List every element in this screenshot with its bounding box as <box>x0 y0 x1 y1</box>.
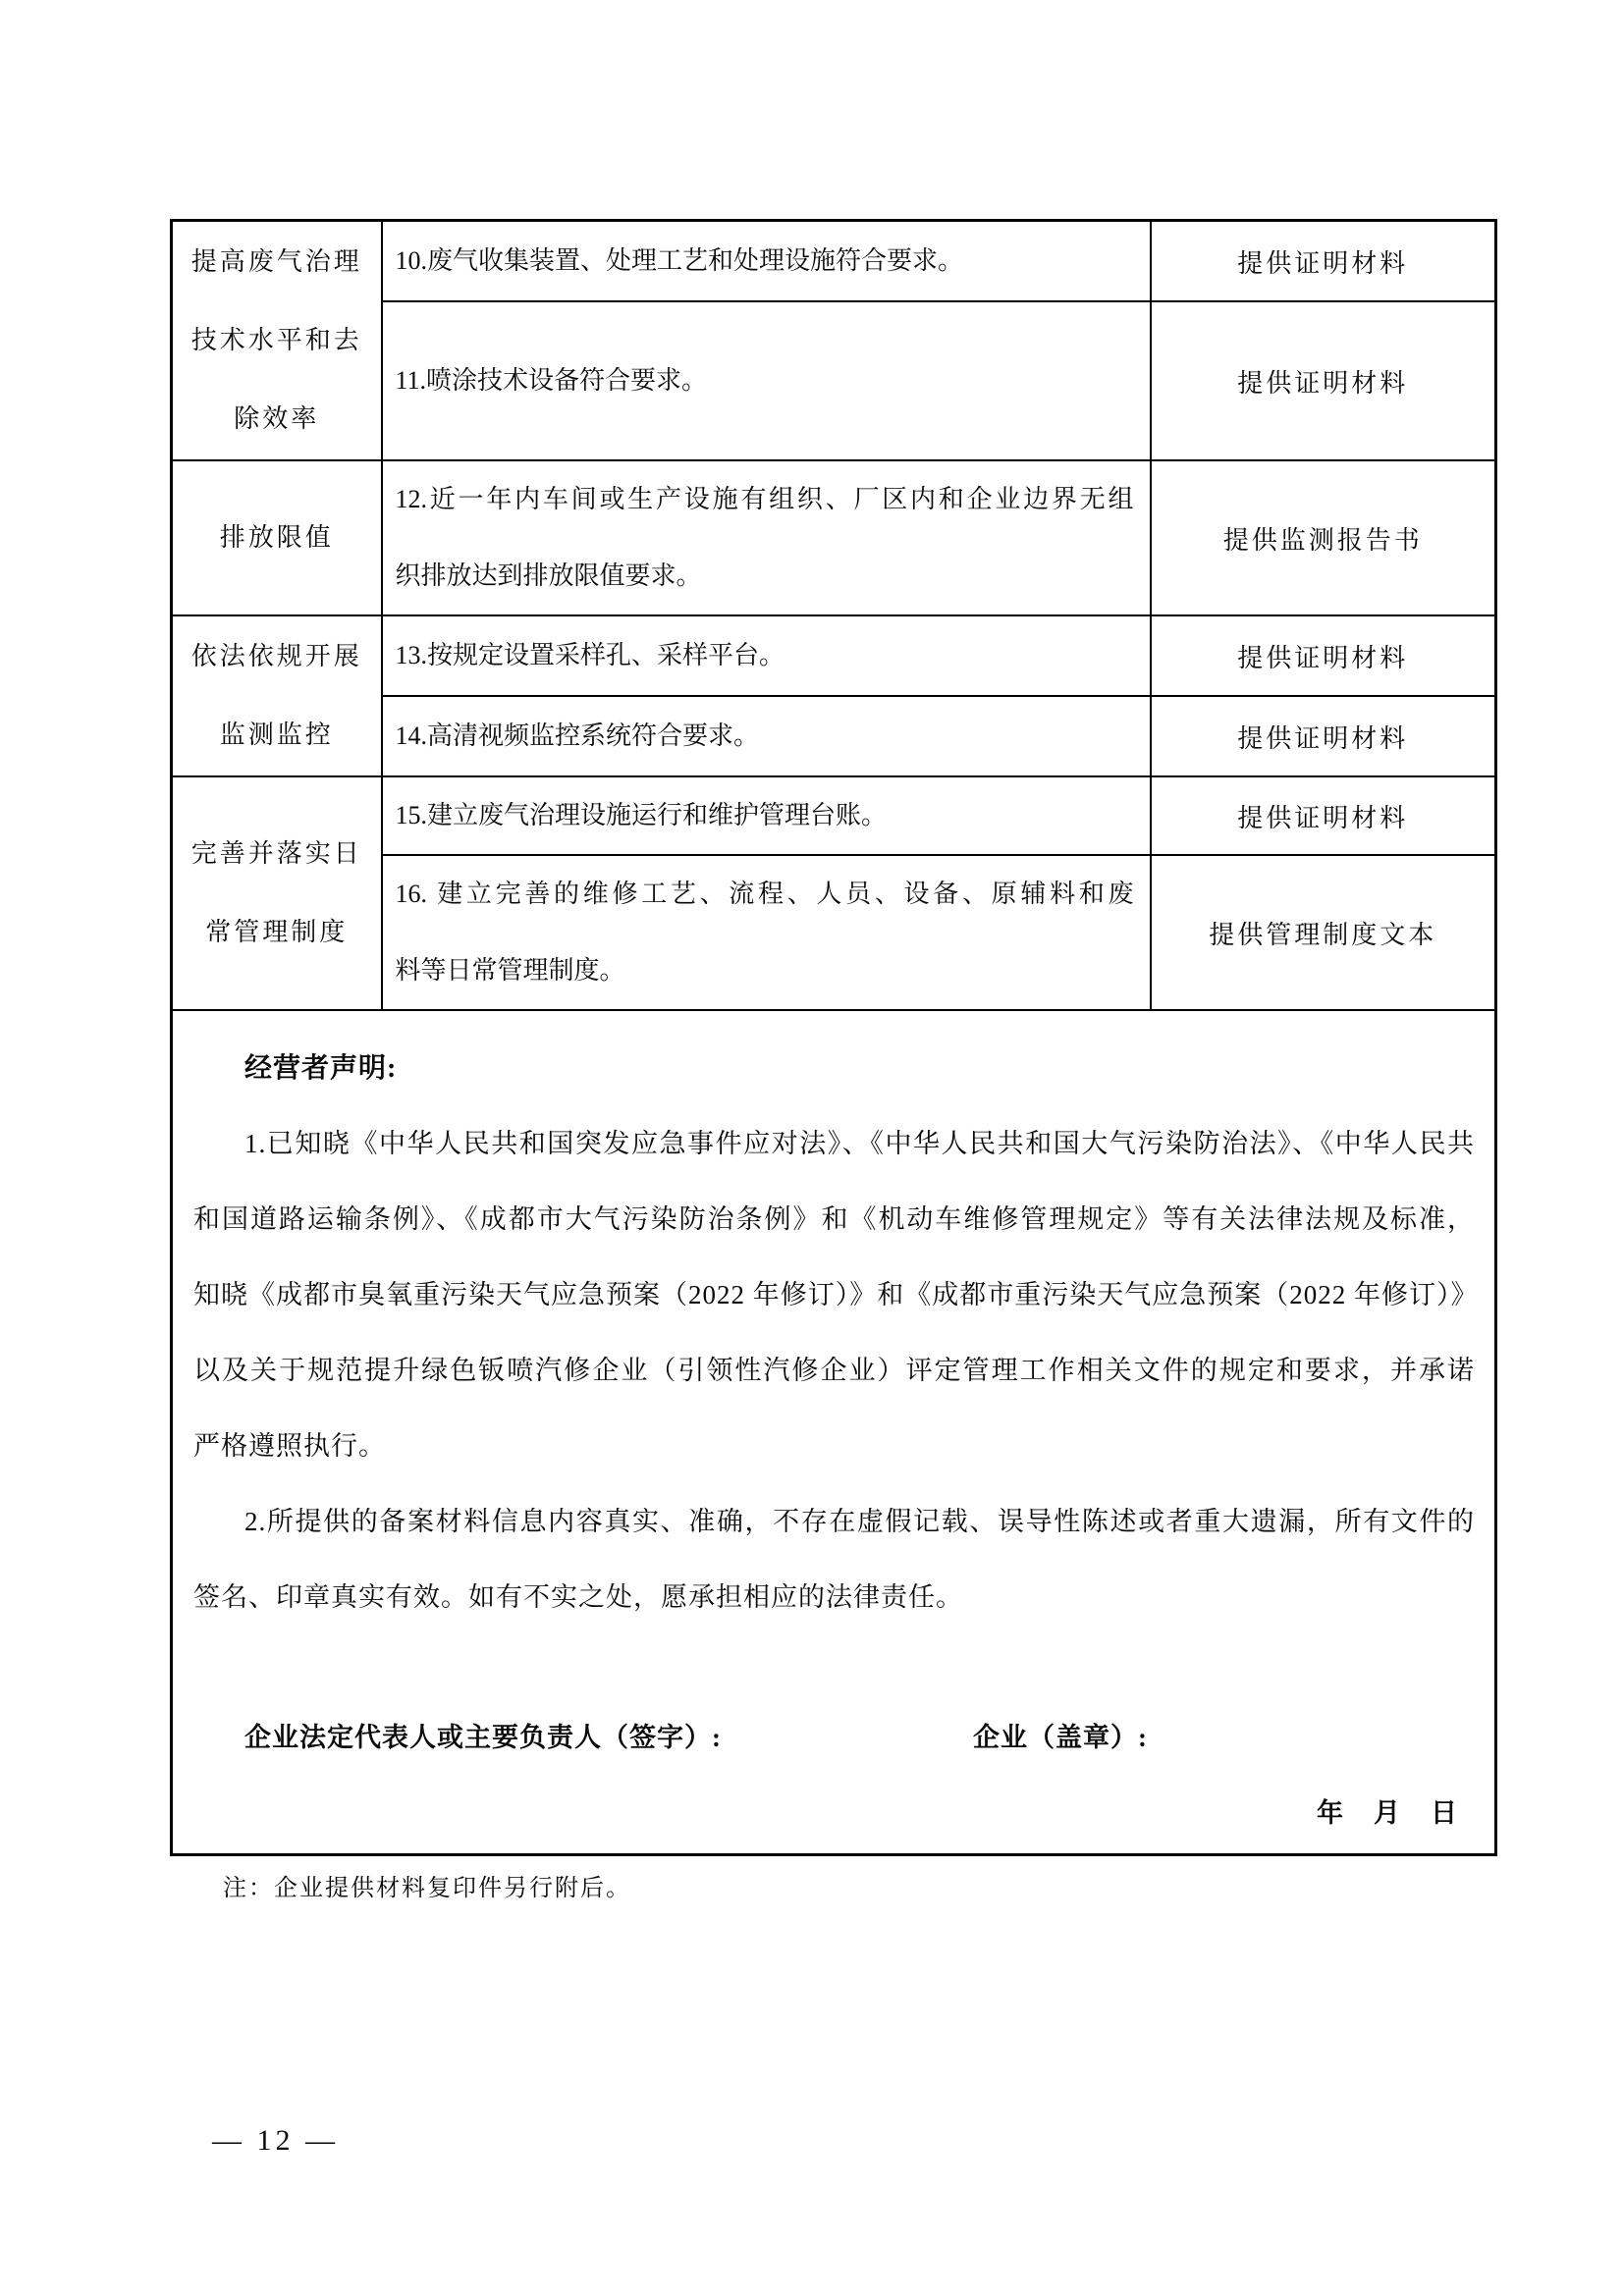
requirement-text: 15.建立废气治理设施运行和维护管理台账。 <box>396 777 1134 854</box>
declaration-line: 1.已知晓《中华人民共和国突发应急事件应对法》、《中华人民共和国大气污染防治法》… <box>193 1106 1475 1182</box>
material-cell-10: 提供证明材料 <box>1151 221 1496 302</box>
requirement-text: 14.高清视频监控系统符合要求。 <box>396 698 1134 774</box>
requirement-text: 16. 建立完善的维修工艺、流程、人员、设备、原辅料和废 <box>396 856 1134 933</box>
footnote: 注：企业提供材料复印件另行附后。 <box>223 1868 631 1902</box>
material-cell-11: 提供证明材料 <box>1151 301 1496 460</box>
date-label: 年 月 日 <box>193 1776 1475 1851</box>
requirement-text: 料等日常管理制度。 <box>396 933 1134 1009</box>
document-page: 提高废气治理 技术水平和去 除效率 10.废气收集装置、处理工艺和处理设施符合要… <box>0 0 1623 2296</box>
declaration-title: 经营者声明: <box>193 1031 1475 1106</box>
material-cell-15: 提供证明材料 <box>1151 776 1496 855</box>
declaration-line: 严格遵照执行。 <box>193 1409 1475 1484</box>
declaration-line: 2.所提供的备案材料信息内容真实、准确，不存在虚假记载、误导性陈述或者重大遗漏，… <box>193 1484 1475 1560</box>
table-row-15: 完善并落实日 常管理制度 15.建立废气治理设施运行和维护管理台账。 提供证明材… <box>172 776 1496 855</box>
material-cell-13: 提供证明材料 <box>1151 615 1496 696</box>
category-label-line: 提高废气治理 <box>174 223 380 301</box>
material-cell-12: 提供监测报告书 <box>1151 460 1496 615</box>
category-cell-monitoring: 依法依规开展 监测监控 <box>172 615 382 776</box>
table-row-13: 依法依规开展 监测监控 13.按规定设置采样孔、采样平台。 提供证明材料 <box>172 615 1496 696</box>
page-number: — 12 — <box>212 2124 339 2158</box>
requirement-text: 织排放达到排放限值要求。 <box>396 538 1134 614</box>
category-label-line: 排放限值 <box>174 499 380 577</box>
requirement-cell-16: 16. 建立完善的维修工艺、流程、人员、设备、原辅料和废 料等日常管理制度。 <box>382 855 1151 1010</box>
requirement-cell-10: 10.废气收集装置、处理工艺和处理设施符合要求。 <box>382 221 1151 302</box>
requirement-cell-15: 15.建立废气治理设施运行和维护管理台账。 <box>382 776 1151 855</box>
material-cell-14: 提供证明材料 <box>1151 696 1496 776</box>
declaration-line: 以及关于规范提升绿色钣喷汽修企业（引领性汽修企业）评定管理工作相关文件的规定和要… <box>193 1333 1475 1409</box>
category-label-line: 除效率 <box>174 380 380 458</box>
table-row-12: 排放限值 12.近一年内车间或生产设施有组织、厂区内和企业边界无组 织排放达到排… <box>172 460 1496 615</box>
table-row-declaration: 经营者声明: 1.已知晓《中华人民共和国突发应急事件应对法》、《中华人民共和国大… <box>172 1010 1496 1854</box>
requirement-text: 10.废气收集装置、处理工艺和处理设施符合要求。 <box>396 223 1134 299</box>
category-label-line: 监测监控 <box>174 696 380 774</box>
evaluation-table: 提高废气治理 技术水平和去 除效率 10.废气收集装置、处理工艺和处理设施符合要… <box>170 219 1497 1856</box>
signature-label: 企业法定代表人或主要负责人（签字）: <box>193 1723 722 1752</box>
material-cell-16: 提供管理制度文本 <box>1151 855 1496 1010</box>
seal-label: 企业（盖章）: <box>973 1700 1148 1776</box>
category-cell-exhaust-treatment: 提高废气治理 技术水平和去 除效率 <box>172 221 382 461</box>
declaration-spacer <box>193 1635 1475 1700</box>
requirement-cell-13: 13.按规定设置采样孔、采样平台。 <box>382 615 1151 696</box>
requirement-cell-11: 11.喷涂技术设备符合要求。 <box>382 301 1151 460</box>
table-row-10: 提高废气治理 技术水平和去 除效率 10.废气收集装置、处理工艺和处理设施符合要… <box>172 221 1496 302</box>
category-label-line: 常管理制度 <box>174 893 380 972</box>
category-label-line: 完善并落实日 <box>174 815 380 893</box>
declaration-line: 和国道路运输条例》、《成都市大气污染防治条例》和《机动车维修管理规定》等有关法律… <box>193 1182 1475 1257</box>
requirement-text: 13.按规定设置采样孔、采样平台。 <box>396 617 1134 694</box>
declaration-line: 知晓《成都市臭氧重污染天气应急预案（2022 年修订）》和《成都市重污染天气应急… <box>193 1257 1475 1333</box>
category-cell-daily-management: 完善并落实日 常管理制度 <box>172 776 382 1010</box>
signature-row: 企业法定代表人或主要负责人（签字）: 企业（盖章）: <box>193 1700 1475 1776</box>
category-label-line: 依法依规开展 <box>174 617 380 696</box>
category-label-line: 技术水平和去 <box>174 301 380 380</box>
category-cell-emission-limits: 排放限值 <box>172 460 382 615</box>
requirement-cell-12: 12.近一年内车间或生产设施有组织、厂区内和企业边界无组 织排放达到排放限值要求… <box>382 460 1151 615</box>
requirement-text: 12.近一年内车间或生产设施有组织、厂区内和企业边界无组 <box>396 461 1134 538</box>
requirement-text: 11.喷涂技术设备符合要求。 <box>396 343 1134 419</box>
declaration-line: 签名、印章真实有效。如有不实之处，愿承担相应的法律责任。 <box>193 1560 1475 1635</box>
requirement-cell-14: 14.高清视频监控系统符合要求。 <box>382 696 1151 776</box>
declaration-cell: 经营者声明: 1.已知晓《中华人民共和国突发应急事件应对法》、《中华人民共和国大… <box>172 1010 1496 1854</box>
